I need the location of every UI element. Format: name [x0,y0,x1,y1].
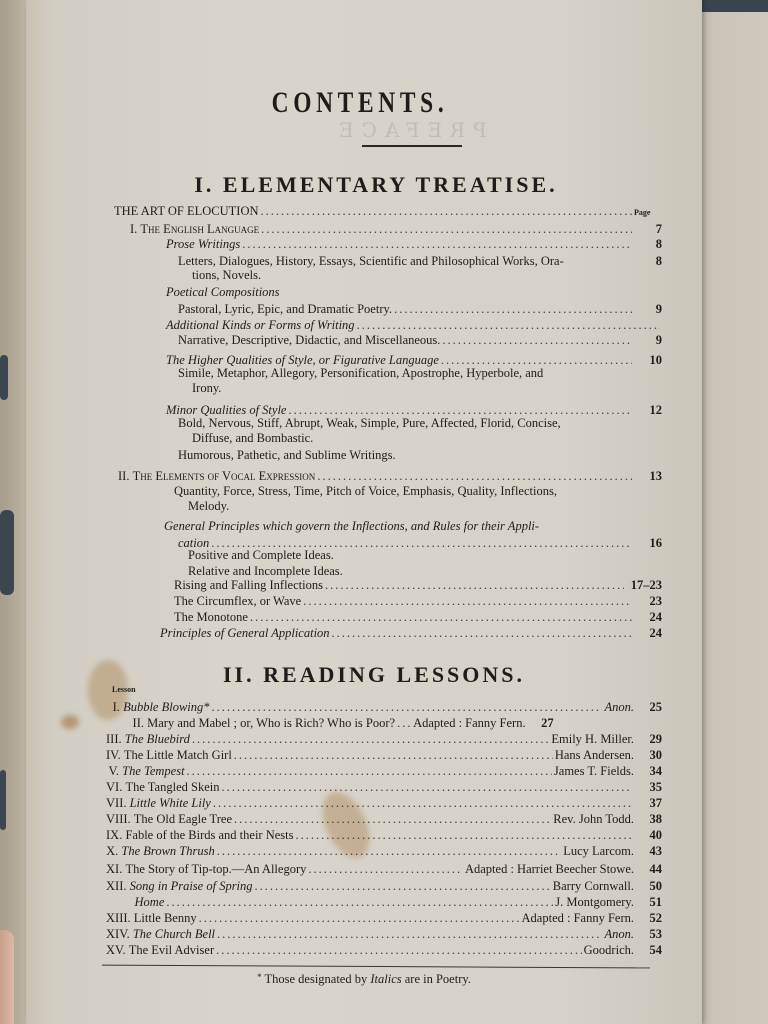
toc-entry: THE ART OF ELOCUTION [114,204,662,219]
lesson-author: Adapted : Fanny Fern. [522,911,634,926]
lesson-title: The Little Match Girl [124,748,232,763]
lesson-author: Hans Andersen. [555,748,634,763]
lesson-row: VI. The Tangled Skein35 [106,780,662,795]
leader-dots [213,796,632,811]
entry-label: Narrative, Descriptive, Didactic, and Mi… [178,333,440,348]
entry-page: 24 [634,610,662,625]
entry-detail: Humorous, Pathetic, and Sublime Writings… [178,448,396,463]
entry-label: Letters, Dialogues, History, Essays, Sci… [178,254,564,269]
lesson-author: Adapted : Harriet Beecher Stowe. [465,862,634,877]
leader-dots [357,318,660,333]
leader-dots [217,927,602,942]
entry-page: 13 [634,469,662,484]
leader-dots [255,879,551,894]
entry-label: Prose Writings [166,237,240,252]
entry-page: 24 [634,626,662,641]
lesson-author: J. Montgomery. [555,895,634,910]
leader-dots [332,626,632,641]
lesson-title: The Bluebird [125,732,190,747]
leader-dots [234,812,551,827]
footnote-italic: Italics [370,972,401,986]
leader-dots [325,578,624,593]
entry-continuation: Irony. [192,381,221,396]
entry-detail: Simile, Metaphor, Allegory, Personificat… [178,366,543,381]
section-heading-reading-lessons: II. READING LESSONS. [36,662,712,688]
entry-label: Rising and Falling Inflections [174,578,323,593]
entry-label: THE ART OF ELOCUTION [114,204,259,219]
lesson-page: 25 [634,700,662,715]
leader-dots [187,764,552,779]
lesson-author: Anon. [604,700,634,715]
lesson-author: James T. Fields. [554,764,634,779]
footnote-text: are in Poetry. [402,972,471,986]
toc-entry: Poetical Compositions [166,285,662,300]
lesson-number: VI. [106,780,122,795]
lesson-title: Song in Praise of Spring [130,879,253,894]
entry-label: The English Language [140,222,259,237]
leader-dots [217,844,561,859]
entry-page: 9 [634,333,662,348]
toc-entry: II. The Elements of Vocal Expression13 [118,469,662,484]
lesson-row: IX. Fable of the Birds and their Nests40 [106,828,662,843]
entry-label: General Principles which govern the Infl… [164,519,539,534]
lesson-title: Little White Lily [130,796,211,811]
lesson-author: Emily H. Miller. [551,732,634,747]
entry-page: 12 [634,403,662,418]
leader-dots [250,610,632,625]
entry-continuation: Melody. [188,499,229,514]
lesson-row: XV. The Evil AdviserGoodrich.54 [106,943,662,958]
leader-dots [192,732,549,747]
entry-page: 8 [634,254,662,269]
lesson-row: XIII. Little BennyAdapted : Fanny Fern.5… [106,911,662,926]
leader-dots [212,700,603,715]
lesson-row: I. Bubble Blowing*Anon.25 [106,700,662,715]
lesson-author: Anon. [604,927,634,942]
lesson-row: VII. Little White Lily37 [106,796,662,811]
footnote-rule [102,965,650,969]
lesson-number: XV. [106,943,126,958]
lesson-page: 38 [634,812,662,827]
contents-page: CONTENTS. I. ELEMENTARY TREATISE. Page T… [26,0,702,1024]
background-dark-patch [0,510,14,595]
section-heading-elementary-treatise: I. ELEMENTARY TREATISE. [38,172,714,198]
entry-label: The Monotone [174,610,248,625]
entry-number: II. [118,469,129,484]
leader-dots [303,594,632,609]
lesson-title: The Church Bell [133,927,215,942]
lesson-author: Barry Cornwall. [553,879,634,894]
facing-page [700,12,768,1024]
toc-entry: Pastoral, Lyric, Epic, and Dramatic Poet… [178,302,662,317]
lesson-number: II. [106,716,144,731]
lesson-row: X. The Brown ThrushLucy Larcom.43 [106,844,662,859]
lesson-author: Goodrich. [584,943,634,958]
lesson-number: IV. [106,748,121,763]
toc-entry: The Circumflex, or Wave23 [174,594,662,609]
lesson-page: 51 [634,895,662,910]
entry-page: 23 [634,594,662,609]
lesson-title: Little Benny [134,911,197,926]
lesson-page: 37 [634,796,662,811]
lesson-row: II. Mary and Mabel ; or, Who is Rich? Wh… [106,716,662,731]
leader-dots [166,895,553,910]
lesson-page: 44 [634,862,662,877]
lesson-row: XIV. The Church BellAnon.53 [106,927,662,942]
leader-dots [199,911,520,926]
leader-dots [442,333,632,348]
lesson-number: XII. [106,879,126,894]
title-rule [362,145,462,147]
leader-dots [317,469,632,484]
lesson-author: Lucy Larcom. [563,844,634,859]
leader-dots [397,716,411,731]
lesson-title: The Tempest [122,764,184,779]
entry-label: Principles of General Application [160,626,330,641]
entry-label: The Circumflex, or Wave [174,594,301,609]
lesson-title: Home [135,895,165,910]
entry-label: The Elements of Vocal Expression [133,469,316,484]
lesson-row: V. The TempestJames T. Fields.34 [106,764,662,779]
lesson-page: 53 [634,927,662,942]
entry-page: 8 [634,237,662,252]
entry-page: 16 [634,536,662,551]
leader-dots [221,780,632,795]
lesson-number: V. [106,764,119,779]
footnote-text: Those designated by [262,972,371,986]
entry-detail: Positive and Complete Ideas. [188,548,334,563]
lesson-column-label: Lesson [112,685,136,694]
toc-entry: Prose Writings8 [166,237,662,252]
lesson-number: XIV. [106,927,130,942]
lesson-title: The Story of Tip-top.—An Allegory [125,862,306,877]
lesson-number: XIII. [106,911,131,926]
lesson-page: 29 [634,732,662,747]
entry-page: 10 [634,353,662,368]
thumb-edge [0,930,14,1024]
lesson-number: IX. [106,828,122,843]
lesson-row: HomeJ. Montgomery.51 [106,895,662,910]
page-title: CONTENTS. [79,86,641,120]
toc-entry: The Monotone24 [174,610,662,625]
lesson-row: IV. The Little Match GirlHans Andersen.3… [106,748,662,763]
toc-entry: I. The English Language7 [130,222,662,237]
lesson-author: Rev. John Todd. [553,812,634,827]
lesson-title: Fable of the Birds and their Nests [125,828,293,843]
entry-page: 7 [634,222,662,237]
lesson-title: The Evil Adviser [129,943,214,958]
leader-dots [308,862,463,877]
lesson-title: Mary and Mabel ; or, Who is Rich? Who is… [147,716,395,731]
lesson-page: 43 [634,844,662,859]
footnote: * Those designated by Italics are in Poe… [26,972,702,987]
lesson-title: Bubble Blowing* [123,700,209,715]
entry-page: 17–23 [626,578,662,593]
lesson-title: The Tangled Skein [125,780,219,795]
entry-detail: Quantity, Force, Stress, Time, Pitch of … [174,484,557,499]
leader-dots [261,204,632,219]
lesson-page: 52 [634,911,662,926]
leader-dots [234,748,553,763]
lesson-page: 34 [634,764,662,779]
toc-entry: Additional Kinds or Forms of Writing [166,318,662,333]
lesson-page: 50 [634,879,662,894]
lesson-title: The Old Eagle Tree [134,812,232,827]
lesson-row: XII. Song in Praise of SpringBarry Cornw… [106,879,662,894]
entry-label: Pastoral, Lyric, Epic, and Dramatic Poet… [178,302,392,317]
background-dark-patch [0,355,8,400]
lesson-page: 27 [526,716,554,731]
entry-detail: Relative and Incomplete Ideas. [188,564,343,579]
toc-entry: Principles of General Application24 [160,626,662,641]
lesson-author: Adapted : Fanny Fern. [413,716,525,731]
entry-detail: Bold, Nervous, Stiff, Abrupt, Weak, Simp… [178,416,561,431]
entry-number: I. [130,222,137,237]
entry-label: Additional Kinds or Forms of Writing [166,318,355,333]
lesson-number: VIII. [106,812,131,827]
entry-continuation: Diffuse, and Bombastic. [192,431,313,446]
leader-dots [295,828,632,843]
lesson-number: X. [106,844,118,859]
lesson-page: 30 [634,748,662,763]
lesson-title: The Brown Thrush [121,844,214,859]
lesson-number: XI. [106,862,122,877]
lesson-page: 54 [634,943,662,958]
book-page: PREFACE CONTENTS. I. ELEMENTARY TREATISE… [26,0,702,1024]
entry-continuation: tions, Novels. [192,268,261,283]
lesson-page: 35 [634,780,662,795]
leader-dots [216,943,582,958]
toc-entry: Rising and Falling Inflections17–23 [174,578,662,593]
lesson-number: I. [106,700,120,715]
toc-entry: Letters, Dialogues, History, Essays, Sci… [178,254,662,269]
lesson-row: XI. The Story of Tip-top.—An AllegoryAda… [106,862,662,877]
entry-label: Poetical Compositions [166,285,280,300]
toc-entry: Narrative, Descriptive, Didactic, and Mi… [178,333,662,348]
lesson-number: III. [106,732,122,747]
lesson-row: III. The BluebirdEmily H. Miller.29 [106,732,662,747]
leader-dots [394,302,632,317]
lesson-row: VIII. The Old Eagle TreeRev. John Todd.3… [106,812,662,827]
entry-page: 9 [634,302,662,317]
leader-dots [242,237,632,252]
leader-dots [261,222,632,237]
background-dark-patch [0,770,6,830]
lesson-page: 40 [634,828,662,843]
lesson-number: VII. [106,796,126,811]
